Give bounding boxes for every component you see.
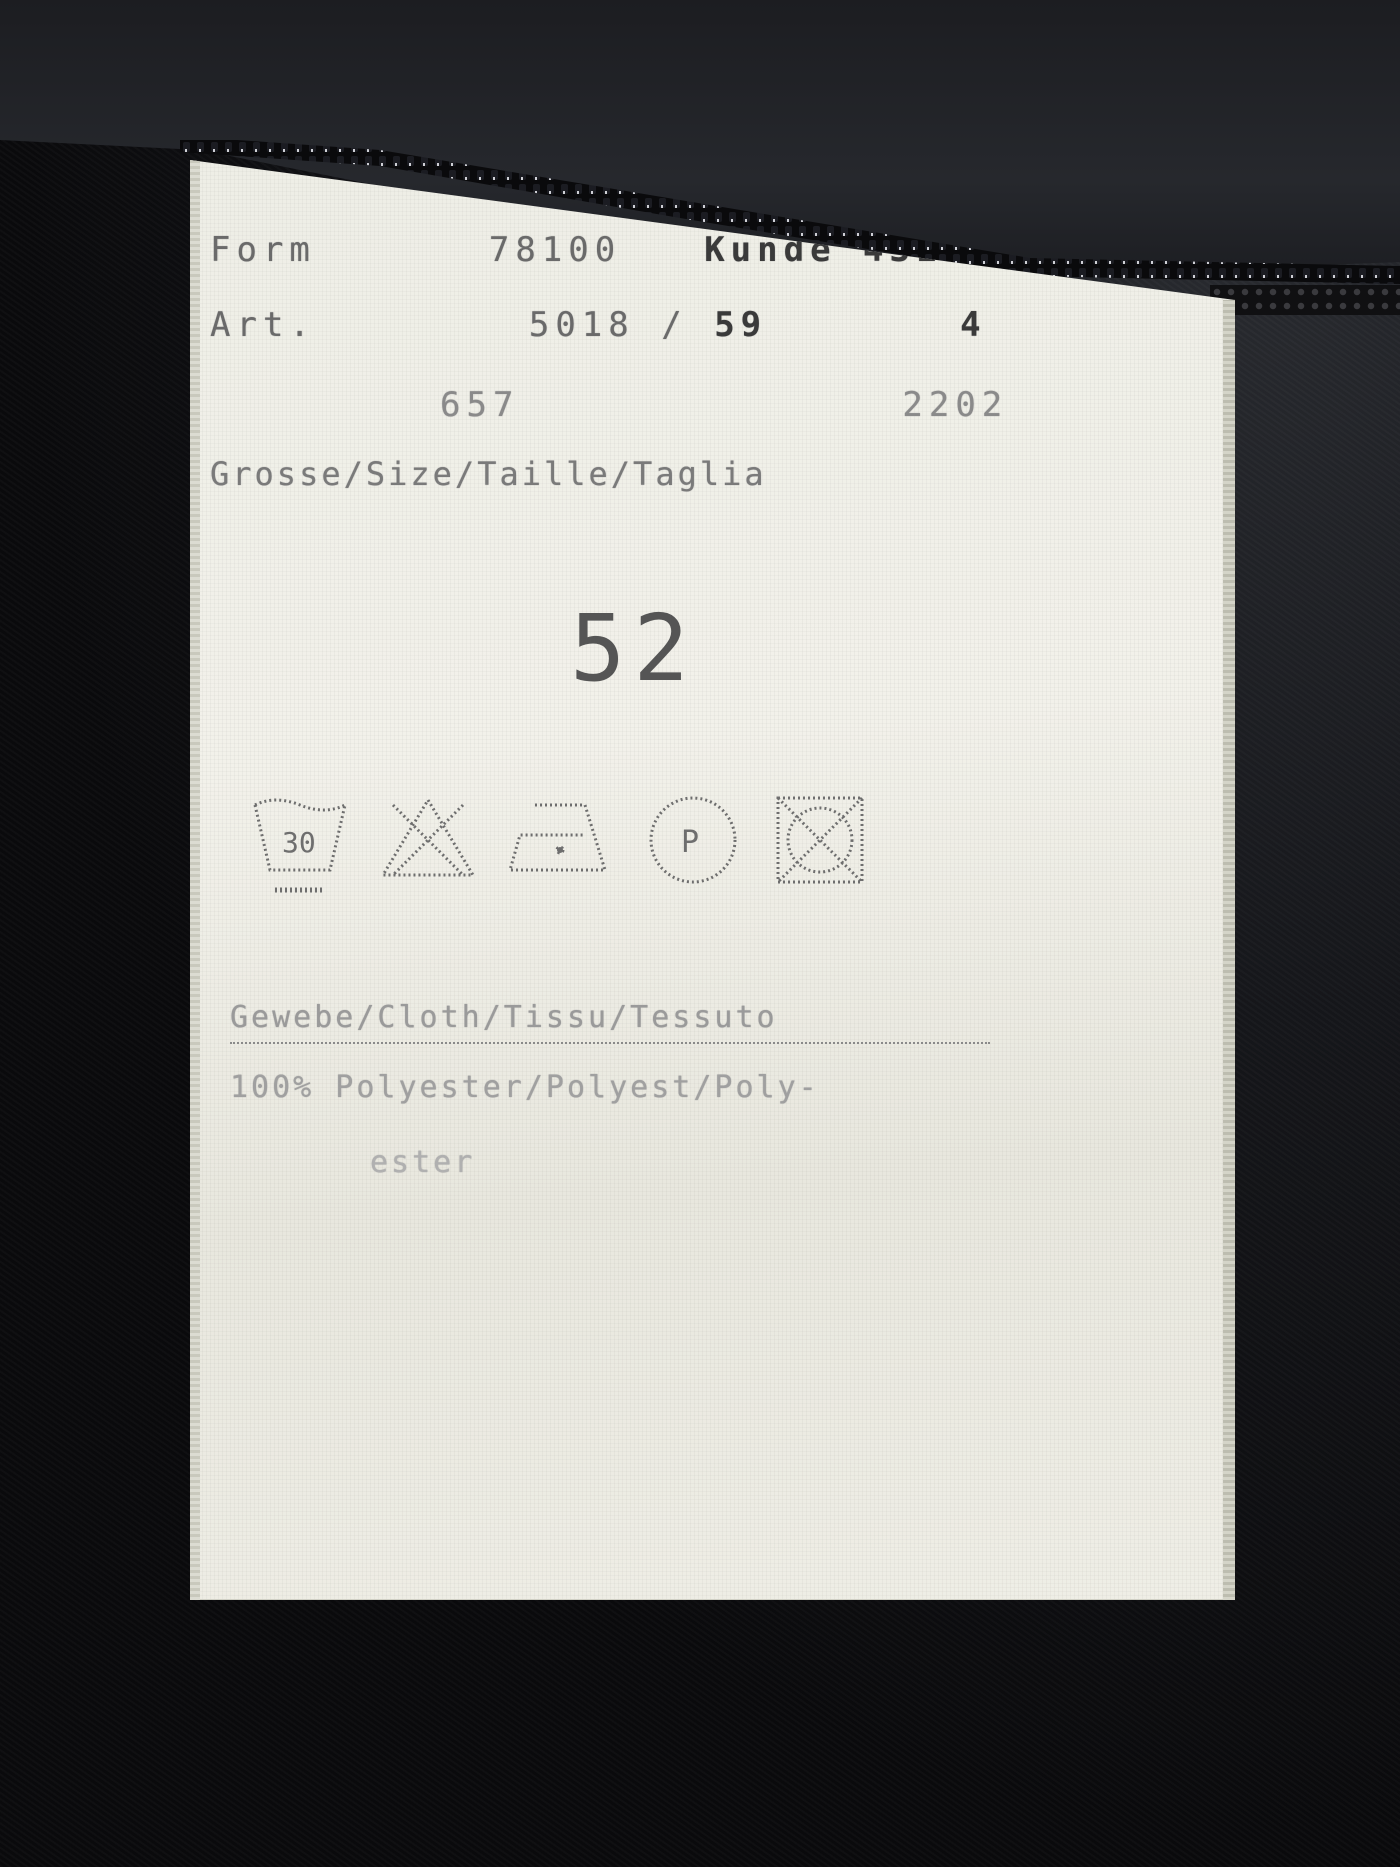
dry-clean-p-icon: P xyxy=(643,790,743,900)
composition-line-1: 100% Polyester/Polyest/Poly- xyxy=(230,1070,820,1105)
form-label: Form xyxy=(210,230,316,270)
art-label: Art. xyxy=(210,305,316,345)
label-frayed-edge-left xyxy=(190,160,200,1600)
art-value-c: 4 xyxy=(960,305,986,345)
art-value-a: 5018 xyxy=(529,305,635,345)
code-value-a: 657 xyxy=(440,385,519,425)
wash-30-gentle-icon: 30 xyxy=(250,790,350,900)
composition-heading-underline xyxy=(230,1042,990,1044)
care-label: Form 78100 Kunde 4315677 Art. 5018 / 59 … xyxy=(190,160,1235,1600)
art-separator: / xyxy=(661,305,687,345)
label-line-art: Art. 5018 / 59 4 xyxy=(210,305,987,345)
label-line-codes: 657 2202 xyxy=(440,385,1008,425)
composition-line-2: ester xyxy=(370,1145,475,1180)
form-value: 78100 xyxy=(489,230,621,270)
composition-heading: Gewebe/Cloth/Tissu/Tessuto xyxy=(230,1000,778,1035)
code-value-b: 2202 xyxy=(902,385,1008,425)
svg-text:30: 30 xyxy=(282,826,316,859)
art-value-b: 59 xyxy=(714,305,767,345)
iron-low-icon xyxy=(505,790,615,900)
no-tumble-dry-icon xyxy=(770,790,870,900)
no-bleach-icon xyxy=(378,790,478,900)
size-heading: Grosse/Size/Taille/Taglia xyxy=(210,455,767,493)
size-value: 52 xyxy=(570,595,697,702)
label-frayed-edge-right xyxy=(1223,300,1235,1600)
mesh-lining xyxy=(1210,285,1400,315)
svg-text:P: P xyxy=(681,825,699,860)
care-symbols: 30 P xyxy=(250,790,870,900)
